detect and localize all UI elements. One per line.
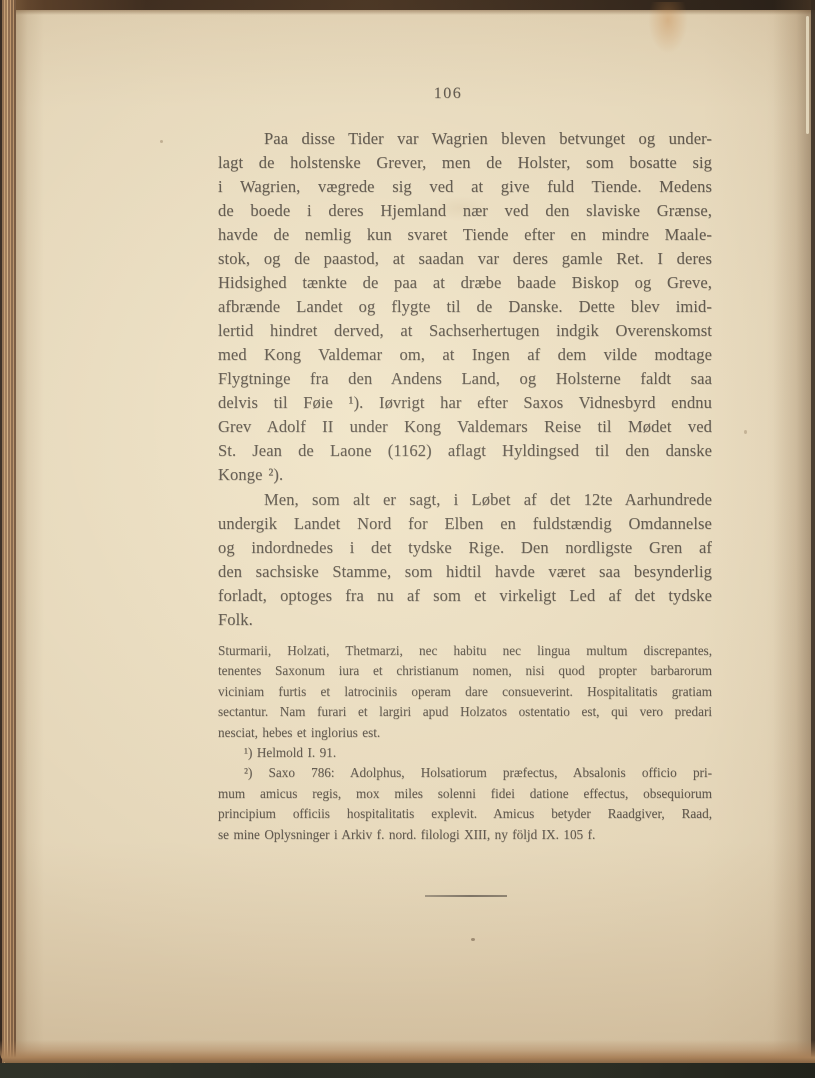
text-line: Hidsighed tænkte de paa at dræbe baade B… [218, 271, 712, 295]
text-line: Flygtninge fra den Andens Land, og Holst… [218, 367, 712, 391]
text-line: Folk. [218, 608, 712, 632]
text-line: Konge ²). [218, 463, 712, 487]
paper-speck [160, 140, 163, 143]
body-paragraph-2: Men, som alt er sagt, i Løbet af det 12t… [218, 488, 712, 632]
text-line: i Wagrien, vægrede sig ved at give fuld … [218, 175, 712, 199]
book-page-scan: 106 Paa disse Tider var Wagrien bleven b… [0, 0, 815, 1078]
paper-speck [744, 430, 747, 434]
text-line: ²) Saxo 786: Adolphus, Holsatiorum præfe… [218, 763, 712, 783]
page-left-crease-shadow [16, 0, 44, 1078]
text-line: undergik Landet Nord for Elben en fuldst… [218, 512, 712, 536]
page-right-curl-shadow [773, 0, 815, 1078]
page-number: 106 [201, 85, 695, 103]
text-line: Paa disse Tider var Wagrien bleven betvu… [218, 127, 712, 151]
book-cover-bottom-edge-strip [0, 1063, 815, 1078]
text-line: Grev Adolf II under Kong Valdemars Reise… [218, 415, 712, 439]
text-line: Men, som alt er sagt, i Løbet af det 12t… [218, 488, 712, 512]
text-line: se mine Oplysninger i Arkiv f. nord. fil… [218, 825, 712, 845]
text-line: principium officiis hospitalitatis exple… [218, 804, 712, 824]
text-line: stok, og de paastod, at saadan var deres… [218, 247, 712, 271]
text-line: forladt, optoges fra nu af som et virkel… [218, 584, 712, 608]
text-line: mum amicus regis, mox miles solenni fide… [218, 784, 712, 804]
footnote-2: ²) Saxo 786: Adolphus, Holsatiorum præfe… [218, 763, 712, 845]
text-line: Sturmarii, Holzati, Thetmarzi, nec habit… [218, 641, 712, 661]
text-line: nesciat, hebes et inglorius est. [218, 723, 712, 743]
text-line: havde de nemlig kun svaret Tiende efter … [218, 223, 712, 247]
page-edge-highlight [806, 16, 809, 134]
text-line: sectantur. Nam furari et largiri apud Ho… [218, 702, 712, 722]
end-of-section-rule [425, 895, 507, 897]
text-line: afbrænde Landet og flygte til de Danske.… [218, 295, 712, 319]
body-paragraph-1: Paa disse Tider var Wagrien bleven betvu… [218, 127, 712, 487]
text-line: ¹) Helmold I. 91. [218, 743, 712, 763]
page-text-block: 106 Paa disse Tider var Wagrien bleven b… [218, 0, 712, 1040]
text-line: delvis til Føie ¹). Iøvrigt har efter Sa… [218, 391, 712, 415]
footnote-section: Sturmarii, Holzati, Thetmarzi, nec habit… [218, 641, 712, 845]
footnote-quote-continuation: Sturmarii, Holzati, Thetmarzi, nec habit… [218, 641, 712, 743]
text-line: de boede i deres Hjemland nær ved den sl… [218, 199, 712, 223]
text-line: viciniam furtis et latrociniis operam da… [218, 682, 712, 702]
footnote-1: ¹) Helmold I. 91. [218, 743, 712, 763]
text-line: og indordnedes i det tydske Rige. Den no… [218, 536, 712, 560]
text-line: tenentes Saxonum iura et christianum nom… [218, 661, 712, 681]
book-page-stack-left-edge [0, 0, 16, 1066]
scan-right-edge [811, 0, 815, 1078]
text-line: St. Jean de Laone (1162) aflagt Hyldings… [218, 439, 712, 463]
text-line: med Kong Valdemar om, at Ingen af dem vi… [218, 343, 712, 367]
text-line: den sachsiske Stamme, som hidtil havde v… [218, 560, 712, 584]
text-line: lertid hindret derved, at Sachserhertuge… [218, 319, 712, 343]
text-line: lagt de holstenske Grever, men de Holste… [218, 151, 712, 175]
